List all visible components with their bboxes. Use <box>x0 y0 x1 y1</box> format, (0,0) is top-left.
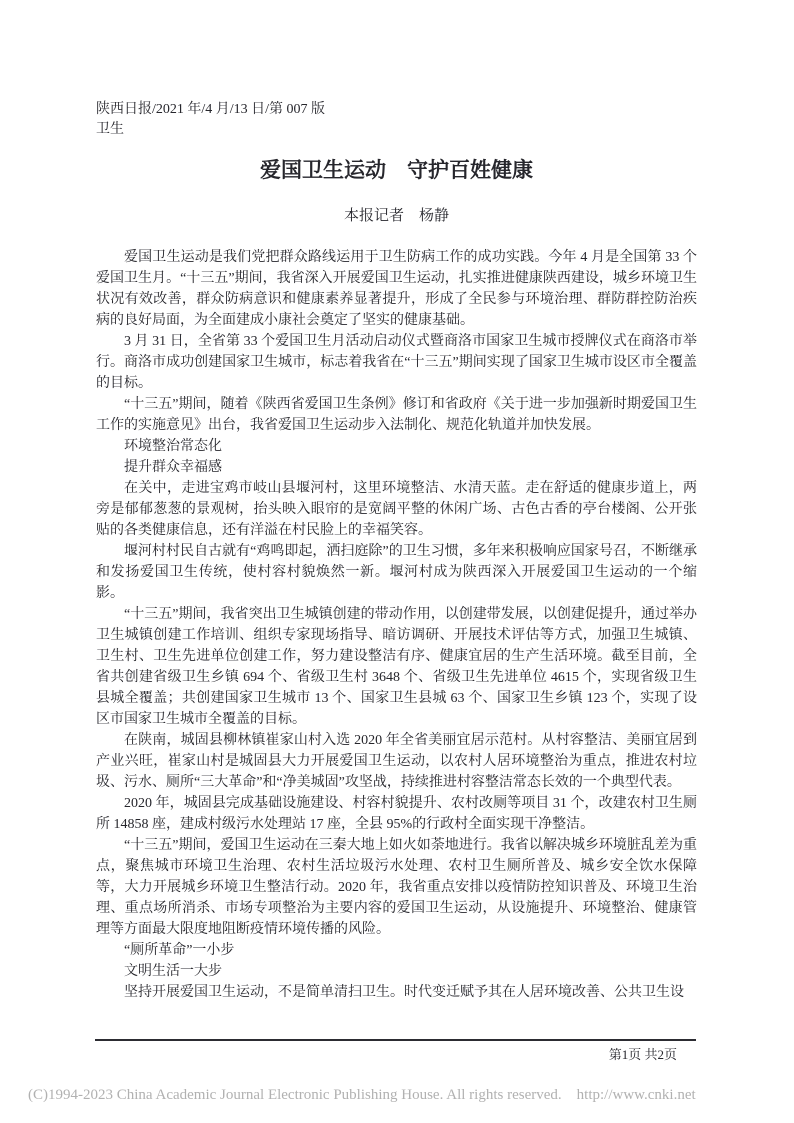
publication-source-line: 陕西日报/2021 年/4 月/13 日/第 007 版 <box>96 100 697 120</box>
copyright-watermark: (C)1994-2023 China Academic Journal Elec… <box>28 1087 696 1104</box>
body-paragraph: 坚持开展爱国卫生运动，不是简单清扫卫生。时代变迁赋予其在人居环境改善、公共卫生设 <box>96 982 697 1003</box>
body-paragraph: 3 月 31 日，全省第 33 个爱国卫生月活动启动仪式暨商洛市国家卫生城市授牌… <box>96 331 697 394</box>
section-subhead: “厕所革命”一小步 <box>96 940 697 961</box>
section-subhead: 环境整治常态化 <box>96 436 697 457</box>
body-paragraph: 2020 年，城固县完成基础设施建设、村容村貌提升、农村改厕等项目 31 个，改… <box>96 793 697 835</box>
body-paragraph: 在陕南，城固县柳林镇崔家山村入选 2020 年全省美丽宜居示范村。从村容整洁、美… <box>96 730 697 793</box>
body-paragraph: 堰河村村民自古就有“鸡鸣即起，洒扫庭除”的卫生习惯，多年来积极响应国家号召，不断… <box>96 541 697 604</box>
body-paragraph: “十三五”期间，随着《陕西省爱国卫生条例》修订和省政府《关于进一步加强新时期爱国… <box>96 394 697 436</box>
body-paragraph: “十三五”期间，爱国卫生运动在三秦大地上如火如荼地进行。我省以解决城乡环境脏乱差… <box>96 835 697 940</box>
article-title: 爱国卫生运动 守护百姓健康 <box>96 156 697 184</box>
body-paragraph: “十三五”期间，我省突出卫生城镇创建的带动作用，以创建带发展，以创建促提升，通过… <box>96 604 697 730</box>
footer-divider <box>95 1039 696 1041</box>
body-paragraph: 在关中，走进宝鸡市岐山县堰河村，这里环境整洁、水清天蓝。走在舒适的健康步道上，两… <box>96 478 697 541</box>
section-subhead: 文明生活一大步 <box>96 961 697 982</box>
document-page: 陕西日报/2021 年/4 月/13 日/第 007 版 卫生 爱国卫生运动 守… <box>0 0 794 1123</box>
article-byline: 本报记者 杨静 <box>96 208 697 224</box>
article-body: 爱国卫生运动是我们党把群众路线运用于卫生防病工作的成功实践。今年 4 月是全国第… <box>96 247 697 1003</box>
body-paragraph: 爱国卫生运动是我们党把群众路线运用于卫生防病工作的成功实践。今年 4 月是全国第… <box>96 247 697 331</box>
publication-section: 卫生 <box>96 120 697 140</box>
article-content: 陕西日报/2021 年/4 月/13 日/第 007 版 卫生 爱国卫生运动 守… <box>96 100 697 1003</box>
page-indicator: 第1页 共2页 <box>609 1046 677 1064</box>
section-subhead: 提升群众幸福感 <box>96 457 697 478</box>
